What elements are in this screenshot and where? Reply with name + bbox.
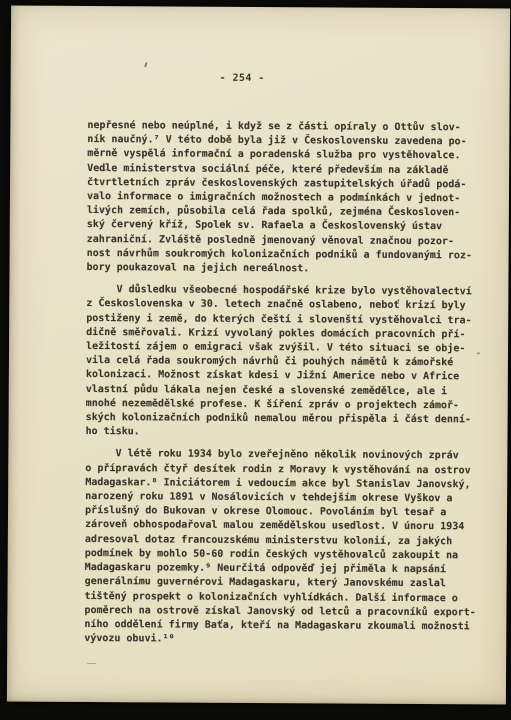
page-number: - 254 - [220, 72, 265, 86]
page-text: nepřesné nebo neúplné, i když se z části… [84, 119, 487, 649]
scan-background: - 254 - nepřesné nebo neúplné, i když se… [0, 0, 511, 720]
ink-speck [144, 62, 147, 67]
paragraph-3: V létě roku 1934 bylo zveřejněno několik… [84, 447, 485, 648]
scanned-page: - 254 - nepřesné nebo neúplné, i když se… [7, 5, 510, 704]
paragraph-2: V důsledku všeobecné hospodářské krize b… [85, 283, 486, 442]
ink-speck [103, 169, 107, 171]
paper-scratch [87, 663, 96, 664]
paragraph-1: nepřesné nebo neúplné, i když se z části… [86, 119, 487, 278]
ink-speck [477, 352, 480, 354]
